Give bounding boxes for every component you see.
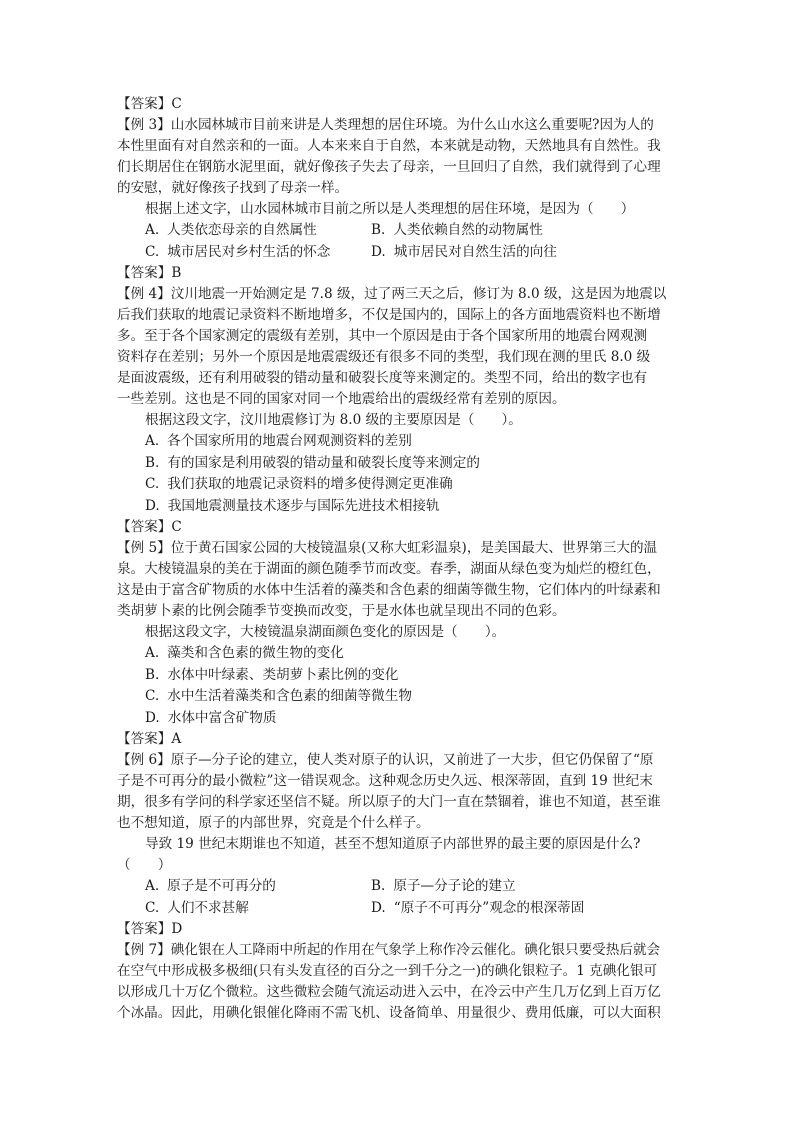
passage-line: 【例 5】位于黄石国家公园的大棱镜温泉(又称大虹彩温泉)，是美国最大、世界第三大… [117, 538, 681, 559]
example-4: 【例 4】汶川地震一开始测定是 7.8 级，过了两三天之后，修订为 8.0 级，… [117, 284, 681, 538]
example-label: 【例 3】 [117, 117, 171, 133]
answer-value: C [171, 96, 181, 112]
passage-line: 的安慰，就好像孩子找到了母亲一样。 [117, 178, 681, 199]
example-label: 【例 4】 [117, 286, 171, 302]
question-prompt: 根据上述文字，山水园林城市目前之所以是人类理想的居住环境，是因为（ ） [117, 199, 681, 220]
answer-value: D [171, 921, 182, 937]
answer-line: 【答案】C [117, 94, 681, 115]
passage-line: 【例 4】汶川地震一开始测定是 7.8 级，过了两三天之后，修订为 8.0 级，… [117, 284, 681, 305]
option-b: B.原子—分子论的建立 [371, 876, 516, 898]
example-6: 【例 6】原子—分子论的建立，使人类对原子的认识，又前进了一大步，但它仍保留了“… [117, 750, 681, 940]
question-prompt: 根据这段文字，大棱镜温泉湖面颜色变化的原因是（ ）。 [117, 622, 681, 643]
option-c: C.人们不求甚解 [145, 898, 371, 920]
passage-line: 泉。大棱镜温泉的美在于湖面的颜色随季节而改变。春季，湖面从绿色变为灿烂的橙红色， [117, 559, 681, 580]
passage-line: 这是由于富含矿物质的水体中生活着的藻类和含色素的细菌等微生物，它们体内的叶绿素和 [117, 580, 681, 601]
answer-line: 【答案】B [117, 263, 681, 284]
passage-line: 多。至于各个国家测定的震级有差别，其中一个原因是由于各个国家所用的地震台网观测 [117, 326, 681, 347]
answer-value: B [171, 265, 181, 281]
answer-value: A [171, 731, 181, 747]
option-c: C.水中生活着藻类和含色素的细菌等微生物 [117, 686, 681, 708]
passage-line: 一些差别。这也是不同的国家对同一个地震给出的震级经常有差别的原因。 [117, 389, 681, 410]
question-prompt: 根据这段文字，汶川地震修订为 8.0 级的主要原因是（ ）。 [117, 410, 681, 431]
passage-line: 资料存在差别；另外一个原因是地震震级还有很多不同的类型，我们现在测的里氏 8.0… [117, 347, 681, 368]
option-b: B.水体中叶绿素、类胡萝卜素比例的变化 [117, 665, 681, 687]
passage-line: 期，很多有学问的科学家还坚信不疑。所以原子的大门一直在禁锢着，谁也不知道，甚至谁 [117, 792, 681, 813]
option-a: A.藻类和含色素的微生物的变化 [117, 643, 681, 665]
example-7: 【例 7】碘化银在人工降雨中所起的作用在气象学上称作冷云催化。碘化银只要受热后就… [117, 940, 681, 1024]
example-5: 【例 5】位于黄石国家公园的大棱镜温泉(又称大虹彩温泉)，是美国最大、世界第三大… [117, 538, 681, 750]
option-d: D.我国地震测量技术逐步与国际先进技术相接轨 [117, 496, 681, 518]
passage-line: 以形成几十万亿个微粒。这些微粒会随气流运动进入云中，在冷云中产生几万亿到上百万亿 [117, 982, 681, 1003]
passage-line: 是面波震级，还有利用破裂的错动量和破裂长度等来测定的。类型不同，给出的数字也有 [117, 368, 681, 389]
passage-line: 【例 7】碘化银在人工降雨中所起的作用在气象学上称作冷云催化。碘化银只要受热后就… [117, 940, 681, 961]
question-prompt: 导致 19 世纪末期谁也不知道，甚至不想知道原子内部世界的最主要的原因是什么? [117, 834, 681, 855]
options-row: C.城市居民对乡村生活的怀念 D.城市居民对自然生活的向往 [117, 242, 681, 264]
answer-line: 【答案】D [117, 919, 681, 940]
example-label: 【例 6】 [117, 752, 171, 768]
passage-line: 后我们获取的地震记录资料不断地增多，不仅是国内的，国际上的各方面地震资料也不断增 [117, 305, 681, 326]
passage-line: 个冰晶。因此，用碘化银催化降雨不需飞机、设备简单、用量很少、费用低廉，可以大面积 [117, 1003, 681, 1024]
passage-line: 【例 3】山水园林城市目前来讲是人类理想的居住环境。为什么山水这么重要呢?因为人… [117, 115, 681, 136]
option-a: A.原子是不可再分的 [145, 876, 371, 898]
options-row: C.人们不求甚解 D.“原子不可再分”观念的根深蒂固 [117, 898, 681, 920]
question-bracket: （ ） [117, 855, 681, 876]
example-label: 【例 7】 [117, 942, 171, 958]
option-c: C.我们获取的地震记录资料的增多使得测定更准确 [117, 474, 681, 496]
option-b: B.有的国家是利用破裂的错动量和破裂长度等来测定的 [117, 453, 681, 475]
option-b: B.人类依赖自然的动物属性 [371, 220, 543, 242]
option-d: D.水体中富含矿物质 [117, 708, 681, 730]
passage-line: 在空气中形成极多极细(只有头发直径的百分之一到千分之一)的碘化银粒子。1 克碘化… [117, 961, 681, 982]
example-3: 【例 3】山水园林城市目前来讲是人类理想的居住环境。为什么山水这么重要呢?因为人… [117, 115, 681, 284]
options-row: A.原子是不可再分的 B.原子—分子论的建立 [117, 876, 681, 898]
passage-line: 子是不可再分的最小微粒”这一错误观念。这种观念历史久远、根深蒂固，直到 19 世… [117, 771, 681, 792]
passage-line: 也不想知道，原子的内部世界，究竟是个什么样子。 [117, 813, 681, 834]
passage-line: 本性里面有对自然亲和的一面。人本来来自于自然，本来就是动物，天然地具有自然性。我 [117, 136, 681, 157]
answer-value: C [171, 519, 181, 535]
passage-line: 类胡萝卜素的比例会随季节变换而改变，于是水体也就呈现出不同的色彩。 [117, 601, 681, 622]
option-a: A.人类依恋母亲的自然属性 [145, 220, 371, 242]
passage-line: 【例 6】原子—分子论的建立，使人类对原子的认识，又前进了一大步，但它仍保留了“… [117, 750, 681, 771]
option-d: D.城市居民对自然生活的向往 [371, 242, 557, 264]
option-a: A.各个国家所用的地震台网观测资料的差别 [117, 431, 681, 453]
document-page: 【答案】C 【例 3】山水园林城市目前来讲是人类理想的居住环境。为什么山水这么重… [117, 94, 681, 1024]
passage-line: 们长期居住在钢筋水泥里面，就好像孩子失去了母亲，一旦回归了自然，我们就得到了心理 [117, 157, 681, 178]
option-c: C.城市居民对乡村生活的怀念 [145, 242, 371, 264]
answer-line: 【答案】A [117, 729, 681, 750]
option-d: D.“原子不可再分”观念的根深蒂固 [371, 898, 584, 920]
answer-label: 【答案】 [117, 96, 171, 112]
example-label: 【例 5】 [117, 540, 171, 556]
options-row: A.人类依恋母亲的自然属性 B.人类依赖自然的动物属性 [117, 220, 681, 242]
answer-line: 【答案】C [117, 517, 681, 538]
